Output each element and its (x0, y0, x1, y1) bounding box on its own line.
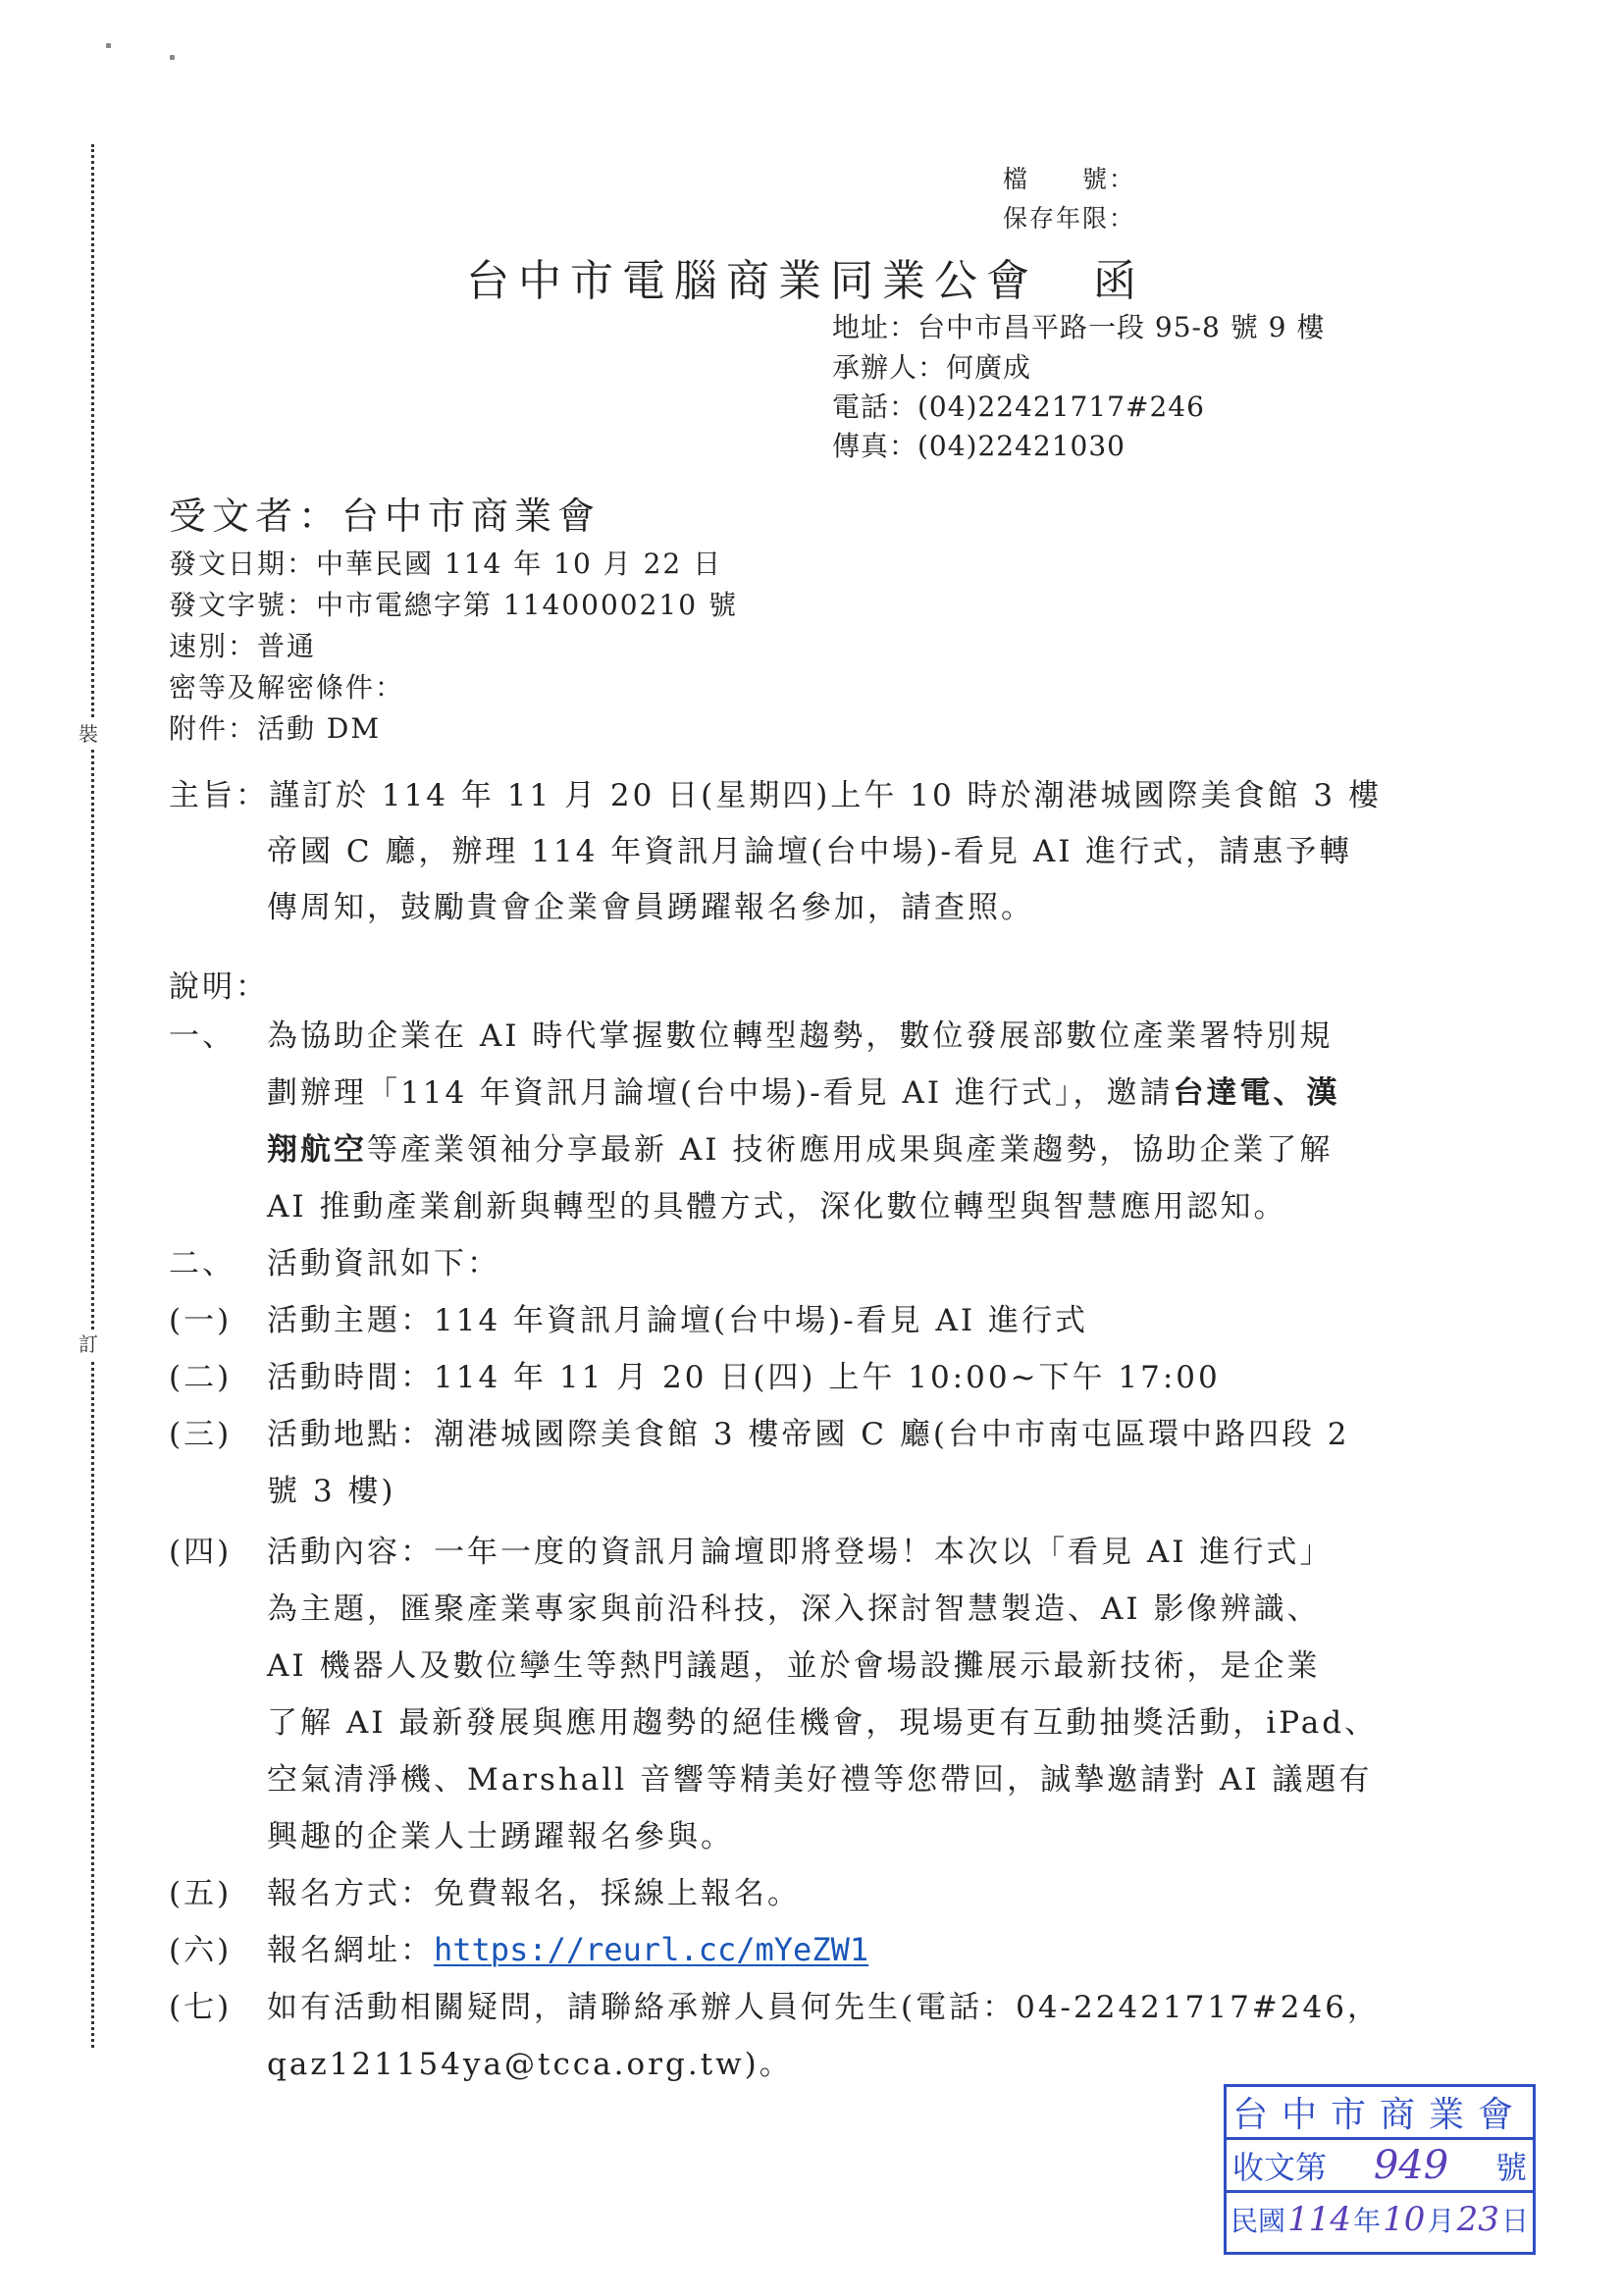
highlighted-company: 翔航空 (267, 1132, 367, 1168)
stamp-month: 10 (1383, 2200, 1425, 2239)
stamp-day: 23 (1457, 2200, 1499, 2239)
item-6-registration-url-row: 報名網址：https://reurl.cc/mYeZW1 (267, 1925, 868, 1969)
section-2-heading: 活動資訊如下： (267, 1238, 500, 1282)
sender-fax: 傳真：(04)22421030 (832, 425, 1126, 464)
sender-address: 地址：台中市昌平路一段 95-8 號 9 樓 (832, 306, 1325, 345)
file-number-label: 檔 號： (1003, 160, 1135, 195)
item-4-content-line-1: 活動內容：一年一度的資訊月論壇即將登場！本次以「看見 AI 進行式」 (267, 1527, 1333, 1571)
item-3-marker: (三) (169, 1409, 232, 1453)
section-1-line-4: AI 推動產業創新與轉型的具體方式，深化數位轉型與智慧應用認知。 (267, 1181, 1286, 1226)
stamp-received-label: 收文第 (1232, 2143, 1327, 2188)
sender-phone: 電話：(04)22421717#246 (832, 386, 1205, 425)
document-type: 函 (1093, 256, 1145, 306)
item-4-content-line-6: 興趣的企業人士踴躍報名參與。 (267, 1811, 734, 1855)
stamp-number-suffix: 號 (1495, 2143, 1527, 2188)
binding-mark-ding: 訂 (79, 1330, 98, 1359)
item-4-content-line-5: 空氣清淨機、Marshall 音響等精美好禮等您帶回，誠摯邀請對 AI 議題有 (267, 1754, 1372, 1799)
section-1-marker: 一、 (169, 1011, 236, 1055)
item-4-content-line-2: 為主題，匯聚產業專家與前沿科技，深入探討智慧製造、AI 影像辨識、 (267, 1584, 1320, 1628)
section-1-line-3-text: 等產業領袖分享最新 AI 技術應用成果與產業趨勢，協助企業了解 (367, 1132, 1333, 1168)
stamp-received-number: 949 (1374, 2143, 1448, 2188)
item-2-marker: (二) (169, 1352, 232, 1396)
item-4-content-line-4: 了解 AI 最新發展與應用趨勢的絕佳機會，現場更有互動抽獎活動，iPad、 (267, 1697, 1378, 1742)
item-1-marker: (一) (169, 1295, 232, 1339)
attachment: 附件：活動 DM (169, 707, 381, 747)
section-1-line-2: 劃辦理「114 年資訊月論壇(台中場)-看見 AI 進行式」，邀請台達電、漢 (267, 1068, 1340, 1112)
classification: 密等及解密條件： (169, 666, 404, 705)
item-3-location-line-2: 號 3 樓) (267, 1466, 396, 1510)
stamp-date-row: 民國 114 年 10 月 23 日 (1227, 2193, 1533, 2246)
binding-line (91, 144, 94, 2048)
explanation-heading: 說明： (169, 962, 269, 1006)
section-1-line-2-text: 劃辦理「114 年資訊月論壇(台中場)-看見 AI 進行式」，邀請 (267, 1075, 1174, 1111)
stamp-date-prefix: 民國 (1230, 2200, 1285, 2239)
registration-url-link[interactable]: https://reurl.cc/mYeZW1 (434, 1931, 868, 1968)
letterhead-title: 台中市電腦商業同業公會函 (466, 245, 1145, 308)
item-1-topic: 活動主題：114 年資訊月論壇(台中場)-看見 AI 進行式 (267, 1295, 1088, 1339)
organization-name: 台中市電腦商業同業公會 (466, 256, 1038, 306)
item-6-marker: (六) (169, 1925, 232, 1969)
scan-speck (170, 55, 175, 60)
issue-date: 發文日期：中華民國 114 年 10 月 22 日 (169, 543, 722, 582)
stamp-day-label: 日 (1501, 2200, 1529, 2239)
stamp-received-number-row: 收文第 949 號 (1227, 2140, 1533, 2193)
subject-line-2: 帝國 C 廳，辦理 114 年資訊月論壇(台中場)-看見 AI 進行式，請惠予轉 (267, 826, 1352, 870)
scan-speck (106, 43, 111, 48)
item-7-contact-line-2: qaz121154ya@tcca.org.tw)。 (267, 2039, 793, 2083)
section-1-line-3: 翔航空等產業領袖分享最新 AI 技術應用成果與產業趨勢，協助企業了解 (267, 1124, 1333, 1169)
stamp-year-label: 年 (1353, 2200, 1381, 2239)
subject-line-1: 主旨：謹訂於 114 年 11 月 20 日(星期四)上午 10 時於潮港城國際… (169, 770, 1382, 814)
item-7-contact-line-1: 如有活動相關疑問，請聯絡承辦人員何先生(電話：04-22421717#246， (267, 1982, 1381, 2026)
stamp-month-label: 月 (1428, 2200, 1455, 2239)
highlighted-companies: 台達電、漢 (1174, 1075, 1340, 1111)
stamp-organization-row: 台中市商業會 (1227, 2087, 1533, 2140)
stamp-year: 114 (1287, 2200, 1351, 2239)
retention-period-label: 保存年限： (1003, 199, 1135, 235)
receipt-stamp: 台中市商業會 收文第 949 號 民國 114 年 10 月 23 日 (1224, 2084, 1536, 2255)
document-number: 發文字號：中市電總字第 1140000210 號 (169, 584, 738, 623)
sender-contact-person: 承辦人：何廣成 (832, 346, 1031, 386)
item-4-marker: (四) (169, 1527, 232, 1571)
subject-line-3: 傳周知，鼓勵貴會企業會員踴躍報名參加，請查照。 (267, 882, 1034, 926)
binding-mark-zhuang: 裝 (79, 719, 98, 749)
item-3-location-line-1: 活動地點：潮港城國際美食館 3 樓帝國 C 廳(台中市南屯區環中路四段 2 (267, 1409, 1350, 1453)
priority: 速別：普通 (169, 625, 316, 664)
item-2-time: 活動時間：114 年 11 月 20 日(四) 上午 10:00~下午 17:0… (267, 1352, 1221, 1396)
stamp-organization: 台中市商業會 (1232, 2087, 1527, 2137)
item-5-marker: (五) (169, 1868, 232, 1912)
section-1-line-1: 為協助企業在 AI 時代掌握數位轉型趨勢，數位發展部數位產業署特別規 (267, 1011, 1333, 1055)
registration-url-label: 報名網址： (267, 1933, 434, 1968)
section-2-marker: 二、 (169, 1238, 236, 1282)
item-5-registration-method: 報名方式：免費報名，採線上報名。 (267, 1868, 801, 1912)
item-4-content-line-3: AI 機器人及數位孿生等熱門議題，並於會場設攤展示最新技術，是企業 (267, 1641, 1320, 1685)
item-7-marker: (七) (169, 1982, 232, 2026)
recipient: 受文者：台中市商業會 (169, 486, 601, 540)
